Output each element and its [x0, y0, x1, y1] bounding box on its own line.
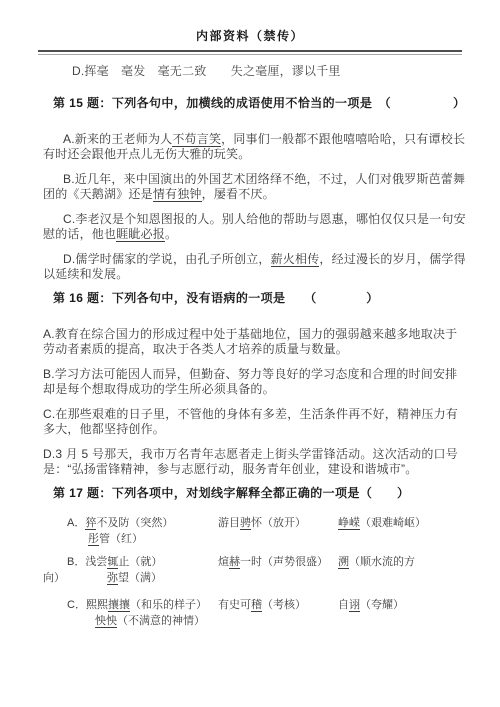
q15-option-c: C.李老汉是个知恩图报的人。别人给他的帮助与恩惠，哪怕仅仅只是一句安慰的话，他也… [43, 212, 462, 243]
q17-c-term-1: C．熙熙攘攘（和乐的样子） [67, 597, 207, 613]
q17-c-line-1: C．熙熙攘攘（和乐的样子） 有史可稽（考核） 自诩（夸耀） [0, 597, 500, 613]
q17-c-term-4: 怏怏（不满意的神情） [95, 613, 205, 629]
q17-a-term-4: 彤管（红） [88, 531, 143, 547]
q17-option-a-row: A．猝不及防（突然） 游目骋怀（放开） 峥嵘（艰难崎岖） 彤管（红） [0, 515, 500, 547]
q17-b-term-3: 溯（顺水流的方 [338, 554, 415, 570]
q17-a-term-1: A．猝不及防（突然） [67, 515, 173, 531]
q17-b-line-1: B．浅尝辄止（就） 煊赫一时（声势很盛） 溯（顺水流的方 [0, 554, 500, 570]
q17-c-term-3: 自诩（夸耀） [338, 597, 404, 613]
q15-option-b: B.近几年，来中国演出的外国艺术团络绎不绝，不过，人们对俄罗斯芭蕾舞团的《天鹅湖… [43, 172, 462, 203]
q16-option-d: D.3 月 5 号那天，我市万名青年志愿者走上街头学雷锋活动。这次活动的口号是：… [43, 447, 462, 478]
exam-page: 内部资料（禁传） D.挥毫 毫发 毫无二致 失之毫厘，谬以千里 第 15 题：下… [0, 0, 500, 707]
q17-option-b-row: B．浅尝辄止（就） 煊赫一时（声势很盛） 溯（顺水流的方 向） 弥望（满） [0, 554, 500, 586]
q17-b-line-2: 向） 弥望（满） [0, 570, 500, 586]
question-15-title: 第 15 题：下列各句中，加横线的成语使用不恰当的一项是 （ ） [53, 96, 500, 111]
q16-option-c: C.在那些艰难的日子里，不管他的身体有多差，生活条件再不好，精神压力有多大，他都… [43, 407, 462, 438]
page-header: 内部资料（禁传） [38, 0, 462, 55]
question-17-title: 第 17 题：下列各项中，对划线字解释全都正确的一项是（ ） [53, 486, 500, 501]
q16-option-b: B.学习方法可能因人而异，但勤奋、努力等良好的学习态度和合理的时间安排却是每个想… [43, 367, 462, 398]
header-title: 内部资料（禁传） [38, 29, 462, 44]
q17-b-term-3-wrap: 向） [43, 570, 65, 586]
q15-option-d: D.儒学时儒家的学说，由孔子所创立，薪火相传，经过漫长的岁月，儒学得以延续和发展… [43, 252, 462, 283]
q16-option-a: A.教育在综合国力的形成过程中处于基础地位，国力的强弱越来越多地取决于劳动者素质… [43, 327, 462, 358]
q15-option-a: A.新来的王老师为人不苟言笑，同事们一般都不跟他嘻嘻哈哈，只有谭校长有时还会跟他… [43, 132, 462, 163]
header-rule [38, 50, 462, 55]
q17-c-line-2: 怏怏（不满意的神情） [0, 613, 500, 629]
q17-b-term-4: 弥望（满） [107, 570, 162, 586]
q17-a-line-1: A．猝不及防（突然） 游目骋怀（放开） 峥嵘（艰难崎岖） [0, 515, 500, 531]
q17-option-c-row: C．熙熙攘攘（和乐的样子） 有史可稽（考核） 自诩（夸耀） 怏怏（不满意的神情） [0, 597, 500, 629]
q17-a-term-3: 峥嵘（艰难崎岖） [338, 515, 426, 531]
q17-a-line-2: 彤管（红） [0, 531, 500, 547]
previous-question-option-d: D.挥毫 毫发 毫无二致 失之毫厘，谬以千里 [72, 64, 500, 80]
q17-a-term-2: 游目骋怀（放开） [218, 515, 306, 531]
q17-b-term-1: B．浅尝辄止（就） [67, 554, 162, 570]
q17-b-term-2: 煊赫一时（声势很盛） [218, 554, 328, 570]
q17-c-term-2: 有史可稽（考核） [218, 597, 306, 613]
question-16-title: 第 16 题：下列各句中，没有语病的一项是 （ ） [53, 291, 500, 306]
